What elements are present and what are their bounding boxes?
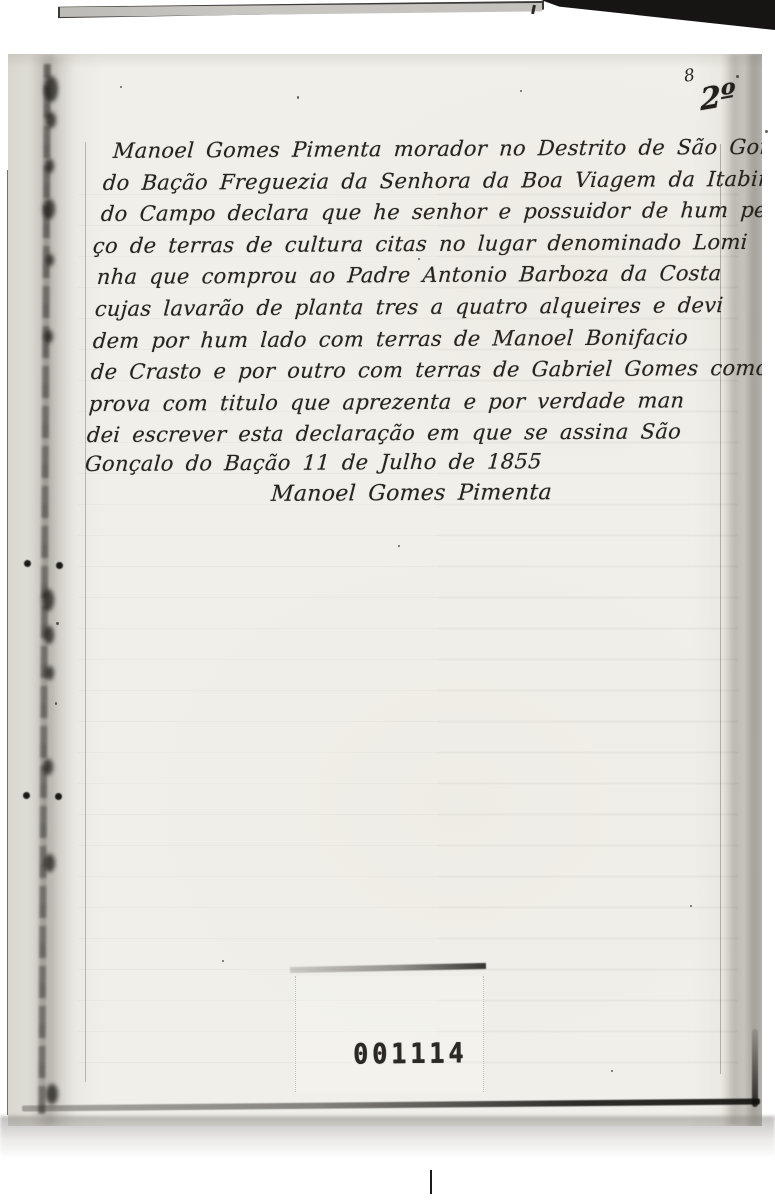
binding-hole [23,792,30,799]
gutter-blob [44,76,58,102]
binding-hole [24,560,31,567]
manuscript-line: nha que comprou ao Padre Antonio Barboza… [96,258,746,294]
manuscript-line: prova com titulo que aprezenta e por ver… [88,385,738,421]
gutter-blob [45,159,54,173]
gutter-blob [43,759,53,775]
manuscript-line: cujas lavarão de planta tres a quatro al… [94,290,744,326]
speck [222,960,224,962]
binding-hole [56,562,63,569]
folio-number-mark: 8 [683,65,697,86]
speck [297,96,299,99]
speck [418,258,420,260]
manuscript-line: de Crasto e por outro com terras de Gabr… [90,353,740,389]
manuscript-line: dem por hum lado com terras de Manoel Bo… [92,322,742,358]
manuscript-line: ço de terras de cultura citas no lugar d… [92,227,748,263]
gutter-blob [45,666,54,680]
scanned-manuscript-page: 8 2º Manoel Gomes Pimenta morador no Des… [0,0,775,1200]
scan-edge-line [7,170,8,1115]
signature: Manoel Gomes Pimenta [270,476,732,510]
gutter-blob [46,254,54,266]
scan-shadow-wedge [515,0,775,30]
gutter-blob [42,589,54,611]
manuscript-line: Manoel Gomes Pimenta morador no Destrito… [104,132,754,168]
handwritten-text-block: Manoel Gomes Pimenta morador no Destrito… [82,132,754,511]
speck [520,90,522,92]
gutter-blob [46,112,56,128]
previous-page-edge [60,3,542,17]
speck [398,545,400,547]
archival-number-stamp: 001114 [353,1037,468,1071]
gutter-blob [44,626,54,644]
speck [765,130,768,133]
gutter-blob [44,330,53,343]
speck [55,702,57,705]
gutter-blob [46,1084,58,1104]
speck [120,86,122,88]
binding-hole [55,793,62,800]
page-bottom-edge [22,1098,760,1111]
scan-shadow-band [0,1116,775,1158]
rubric-flourish-mark: 2º [700,77,737,119]
stray-mark [430,1170,432,1194]
speck [736,75,739,78]
page-corner-edge [752,1029,758,1107]
manuscript-line: do Bação Freguezia da Senhora da Boa Via… [102,164,752,200]
manuscript-page: 8 2º Manoel Gomes Pimenta morador no Des… [8,54,762,1126]
speck [56,622,59,625]
pasted-slip-outline [295,976,484,1092]
gutter-blob [43,199,55,219]
gutter-blob [44,854,55,872]
speck [611,1070,613,1072]
speck [690,905,692,907]
manuscript-line: do Campo declara que he senhor e possuid… [100,195,750,231]
